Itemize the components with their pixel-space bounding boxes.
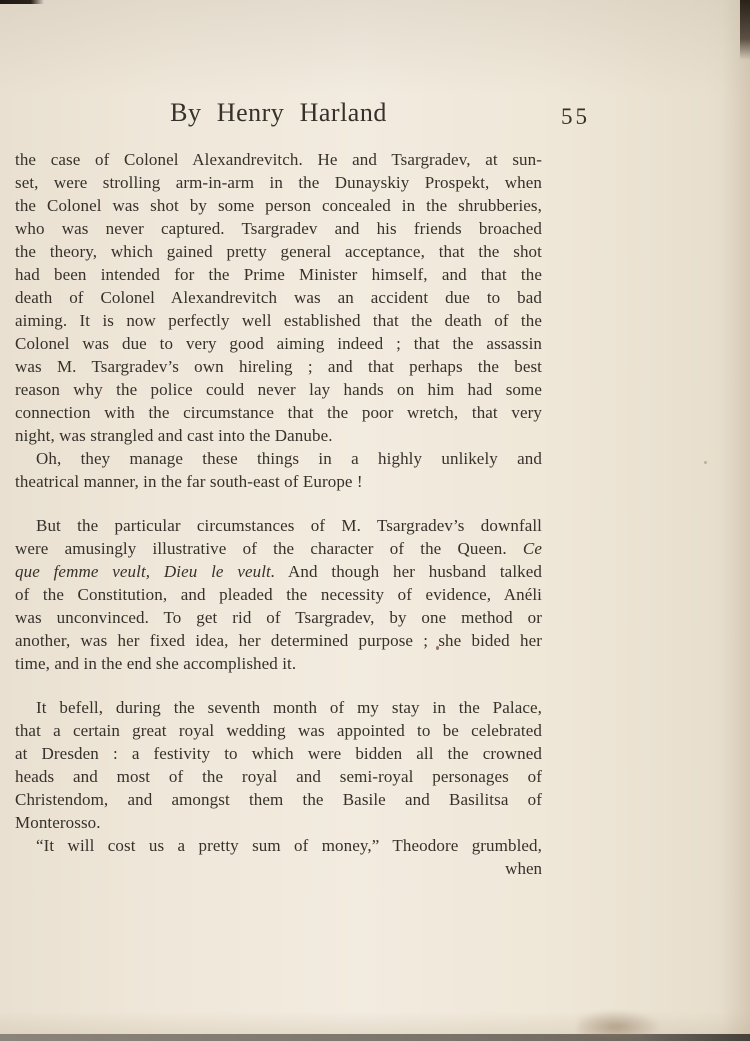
text-line: who was never captured. Tsargradev and h… — [15, 217, 542, 240]
text-segment: was unconvinced. To get rid of Tsargrade… — [15, 608, 542, 627]
text-segment: connection with the circumstance that th… — [15, 403, 542, 422]
text-line: que femme veult, Dieu le veult. And thou… — [15, 560, 542, 583]
text-line: Christendom, and amongst them the Basile… — [15, 788, 542, 811]
text-block: the case of Colonel Alexandrevitch. He a… — [15, 148, 542, 857]
text-line: connection with the circumstance that th… — [15, 401, 542, 424]
text-segment: another, was her fixed idea, her determi… — [15, 631, 542, 650]
text-line: that a certain great royal wedding was a… — [15, 719, 542, 742]
text-segment: time, and in the end she accomplished it… — [15, 654, 296, 673]
text-segment: were amusingly illustrative of the chara… — [15, 539, 523, 558]
text-segment: night, was strangled and cast into the D… — [15, 426, 333, 445]
text-line: death of Colonel Alexandrevitch was an a… — [15, 286, 542, 309]
paper-smudge — [578, 1010, 662, 1038]
text-segment: aiming. It is now perfectly well establi… — [15, 311, 542, 330]
paper-speck — [704, 461, 707, 464]
text-segment: of the Constitution, and pleaded the nec… — [15, 585, 542, 604]
text-line: Monterosso. — [15, 811, 542, 834]
text-segment: But the particular circumstances of M. T… — [36, 516, 542, 535]
text-line: another, was her fixed idea, her determi… — [15, 629, 542, 652]
book-page-scan: By Henry Harland 55 the case of Colonel … — [0, 0, 750, 1041]
text-line: was M. Tsargradev’s own hireling ; and t… — [15, 355, 542, 378]
text-segment: theatrical manner, in the far south-east… — [15, 472, 363, 491]
text-column: By Henry Harland 55 the case of Colonel … — [15, 98, 542, 880]
text-segment: Colonel was due to very good aiming inde… — [15, 334, 542, 353]
text-segment: set, were strolling arm-in-arm in the Du… — [15, 173, 542, 192]
text-segment: heads and most of the royal and semi-roy… — [15, 767, 542, 786]
text-line: time, and in the end she accomplished it… — [15, 652, 542, 675]
catchword: when — [15, 857, 542, 880]
text-segment: the case of Colonel Alexandrevitch. He a… — [15, 150, 542, 169]
text-segment: at Dresden : a festivity to which were b… — [15, 744, 542, 763]
text-segment: who was never captured. Tsargradev and h… — [15, 219, 542, 238]
text-line: set, were strolling arm-in-arm in the Du… — [15, 171, 542, 194]
text-segment: Monterosso. — [15, 813, 101, 832]
page-number: 55 — [561, 102, 590, 132]
text-segment: the Colonel was shot by some person conc… — [15, 196, 542, 215]
text-line: of the Constitution, and pleaded the nec… — [15, 583, 542, 606]
text-line: But the particular circumstances of M. T… — [15, 514, 542, 537]
text-line: Colonel was due to very good aiming inde… — [15, 332, 542, 355]
italic-text: que femme veult, Dieu le veult. — [15, 562, 275, 581]
paragraph: “It will cost us a pretty sum of money,”… — [15, 834, 542, 857]
paragraph: But the particular circumstances of M. T… — [15, 514, 542, 675]
text-line: aiming. It is now perfectly well establi… — [15, 309, 542, 332]
text-line: the Colonel was shot by some person conc… — [15, 194, 542, 217]
paragraph: Oh, they manage these things in a highly… — [15, 447, 542, 493]
paragraph: the case of Colonel Alexandrevitch. He a… — [15, 148, 542, 447]
text-line: the theory, which gained pretty general … — [15, 240, 542, 263]
text-segment: reason why the police could never lay ha… — [15, 380, 542, 399]
text-line: Oh, they manage these things in a highly… — [15, 447, 542, 470]
text-segment: “It will cost us a pretty sum of money,”… — [36, 836, 542, 855]
text-line: reason why the police could never lay ha… — [15, 378, 542, 401]
text-line: night, was strangled and cast into the D… — [15, 424, 542, 447]
text-line: It befell, during the seventh month of m… — [15, 696, 542, 719]
text-line: “It will cost us a pretty sum of money,”… — [15, 834, 542, 857]
text-segment: Christendom, and amongst them the Basile… — [15, 790, 542, 809]
paragraph: It befell, during the seventh month of m… — [15, 696, 542, 834]
text-segment: that a certain great royal wedding was a… — [15, 721, 542, 740]
text-segment: And though her husband talked — [275, 562, 542, 581]
italic-text: Ce — [523, 539, 542, 558]
text-line: had been intended for the Prime Minister… — [15, 263, 542, 286]
scan-edge-top-left — [0, 0, 44, 4]
text-line: were amusingly illustrative of the chara… — [15, 537, 542, 560]
running-header: By Henry Harland 55 — [15, 98, 542, 128]
text-line: theatrical manner, in the far south-east… — [15, 470, 542, 493]
text-segment: death of Colonel Alexandrevitch was an a… — [15, 288, 542, 307]
text-segment: It befell, during the seventh month of m… — [36, 698, 542, 717]
text-line: the case of Colonel Alexandrevitch. He a… — [15, 148, 542, 171]
page-title: By Henry Harland — [170, 98, 387, 127]
text-line: at Dresden : a festivity to which were b… — [15, 742, 542, 765]
text-line: heads and most of the royal and semi-roy… — [15, 765, 542, 788]
text-segment: Oh, they manage these things in a highly… — [36, 449, 542, 468]
scan-edge-top-right — [740, 0, 750, 60]
text-segment: had been intended for the Prime Minister… — [15, 265, 542, 284]
text-segment: was M. Tsargradev’s own hireling ; and t… — [15, 357, 542, 376]
text-segment: the theory, which gained pretty general … — [15, 242, 542, 261]
text-line: was unconvinced. To get rid of Tsargrade… — [15, 606, 542, 629]
